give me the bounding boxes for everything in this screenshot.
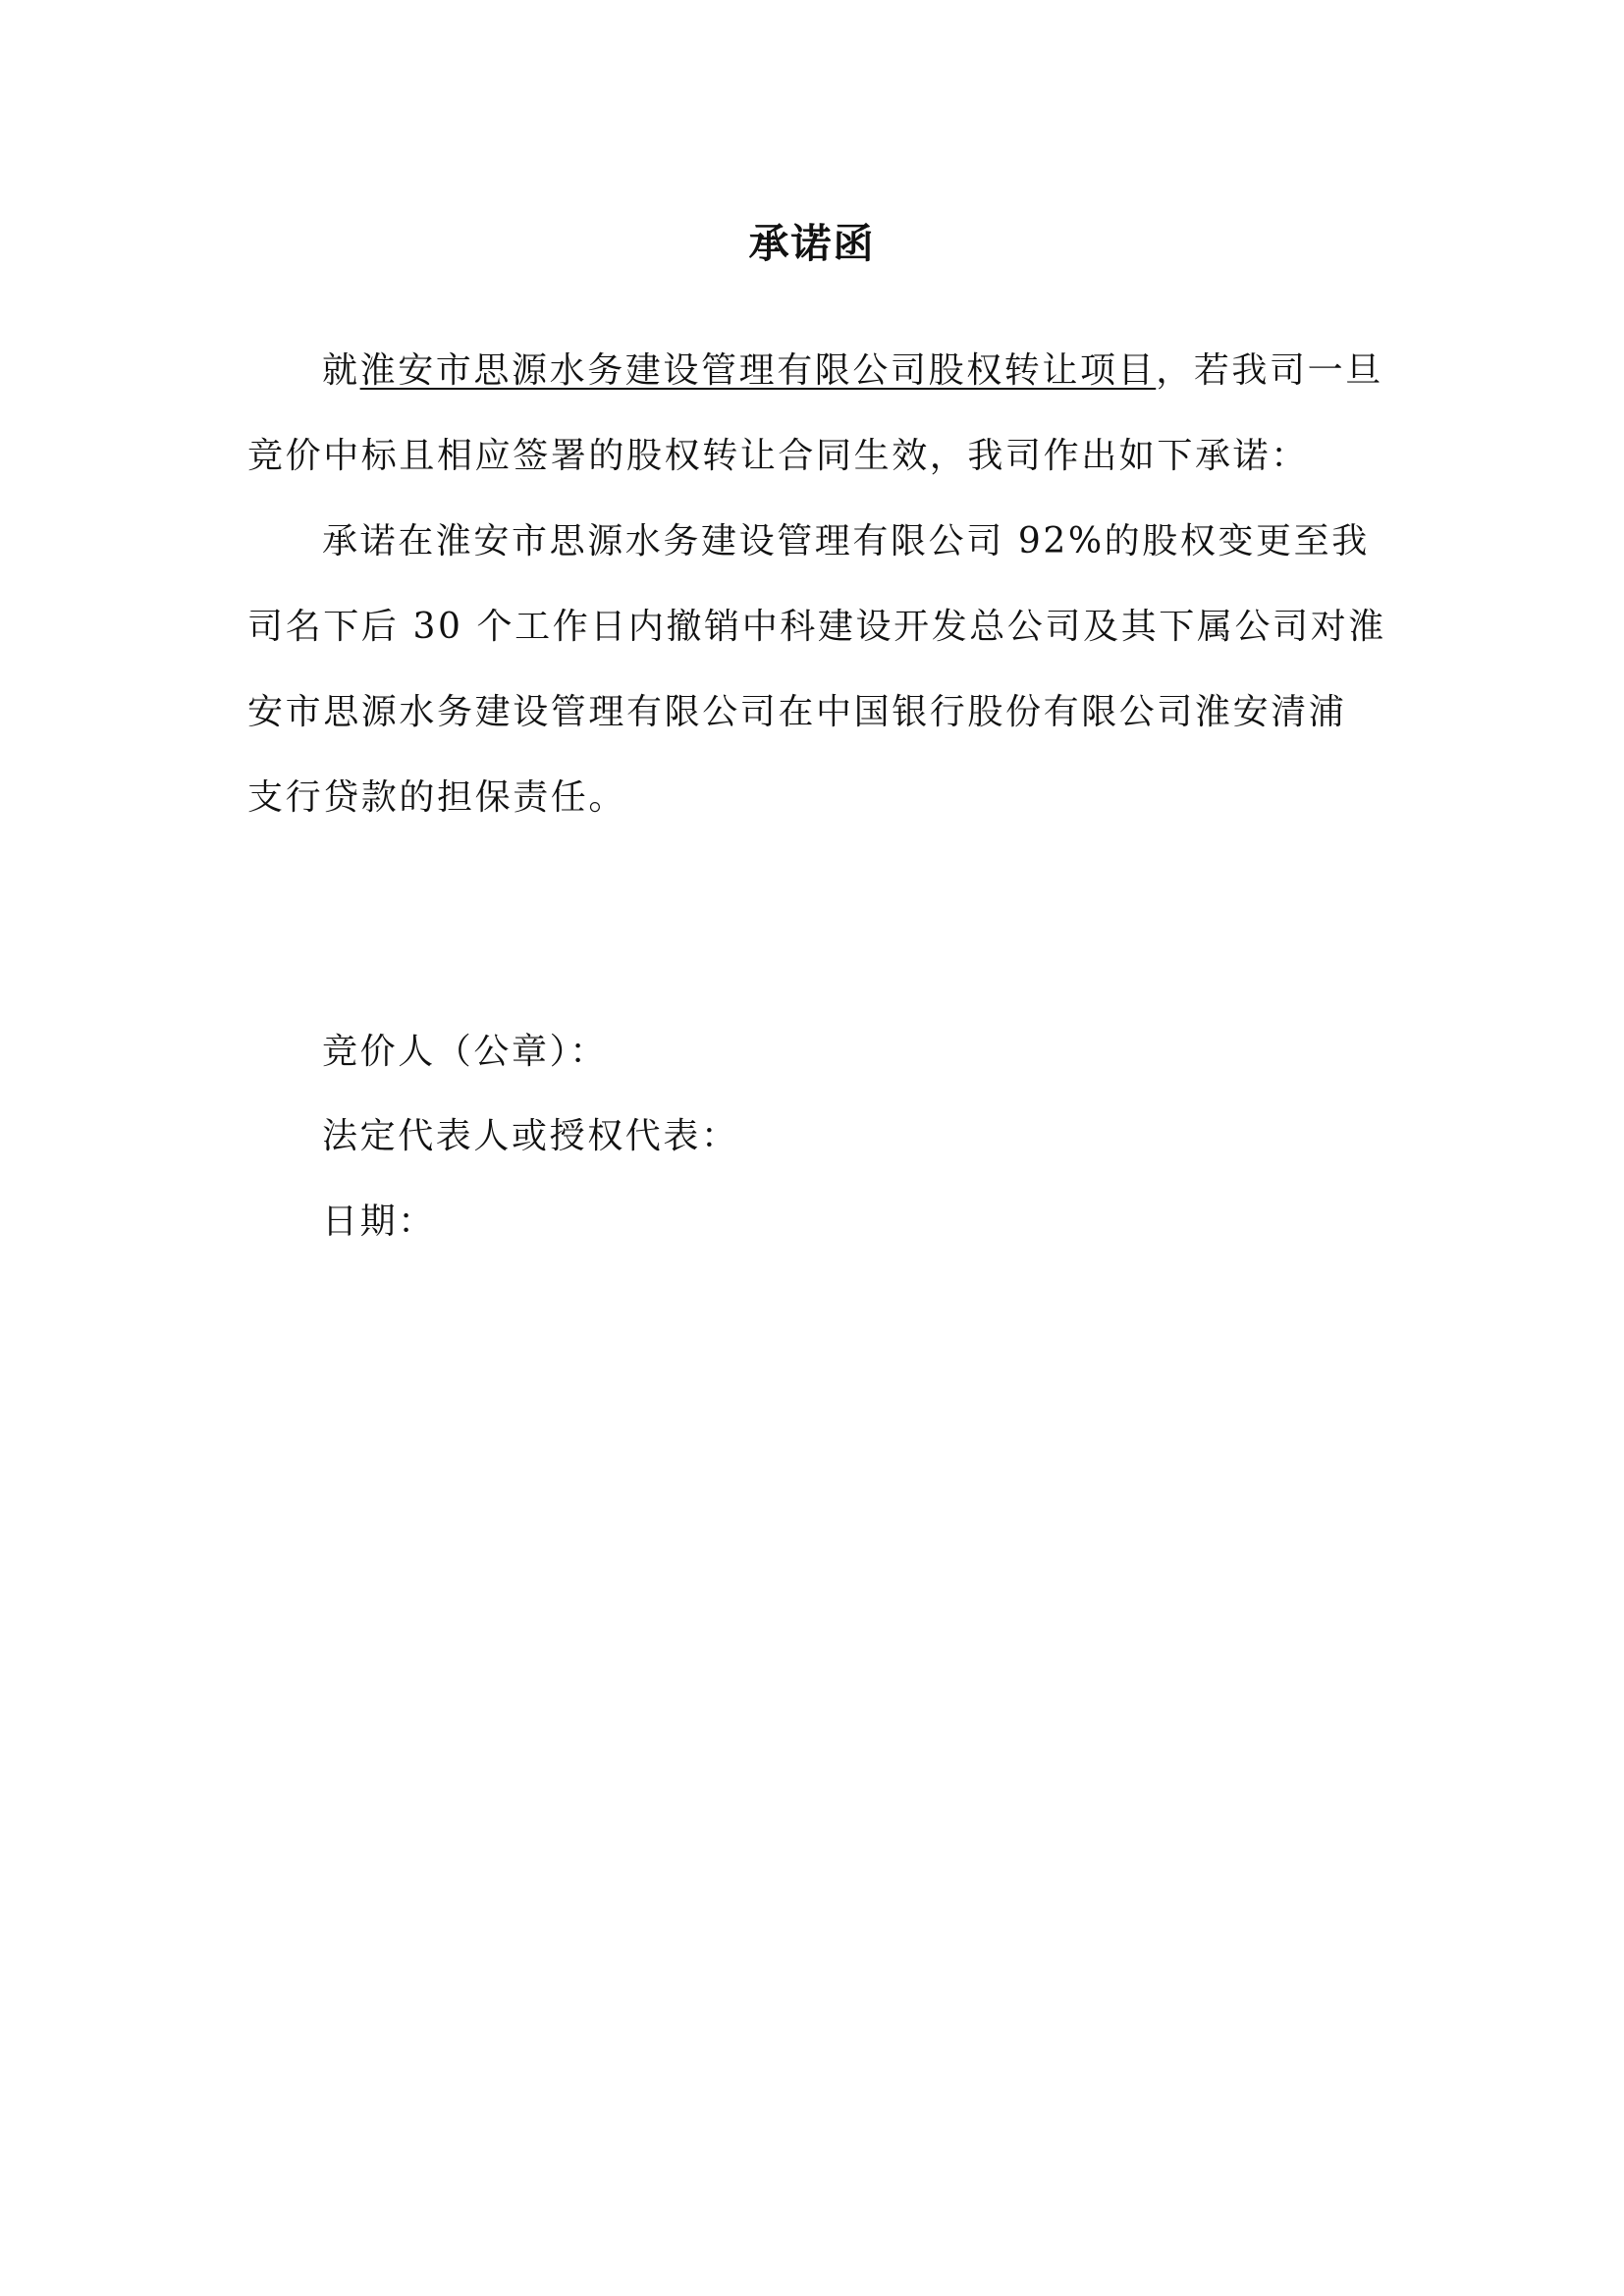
date-label: 日期： [322, 1198, 436, 1247]
project-name: 淮安市思源水务建设管理有限公司股权转让项目 [360, 350, 1157, 391]
paragraph-1-line-1: 就淮安市思源水务建设管理有限公司股权转让项目，若我司一旦 [322, 347, 1383, 396]
representative-label: 法定代表人或授权代表： [322, 1112, 739, 1161]
paragraph-1-prefix: 就 [322, 350, 360, 391]
document-title: 承诺函 [0, 214, 1624, 273]
paragraph-2-line-3: 安市思源水务建设管理有限公司在中国银行股份有限公司淮安清浦 [247, 688, 1346, 737]
paragraph-2-line-1: 承诺在淮安市思源水务建设管理有限公司 92%的股权变更至我 [322, 517, 1370, 566]
paragraph-1-line-2: 竞价中标且相应签署的股权转让合同生效，我司作出如下承诺： [247, 432, 1309, 481]
paragraph-2-line-2: 司名下后 30 个工作日内撤销中科建设开发总公司及其下属公司对淮 [247, 603, 1386, 652]
paragraph-2-line-4: 支行贷款的担保责任。 [247, 774, 626, 823]
bidder-seal-label: 竞价人（公章）： [322, 1028, 608, 1077]
paragraph-1-line-1-suffix: ，若我司一旦 [1156, 350, 1383, 391]
document-page: 承诺函 就淮安市思源水务建设管理有限公司股权转让项目，若我司一旦 竞价中标且相应… [0, 0, 1624, 2296]
